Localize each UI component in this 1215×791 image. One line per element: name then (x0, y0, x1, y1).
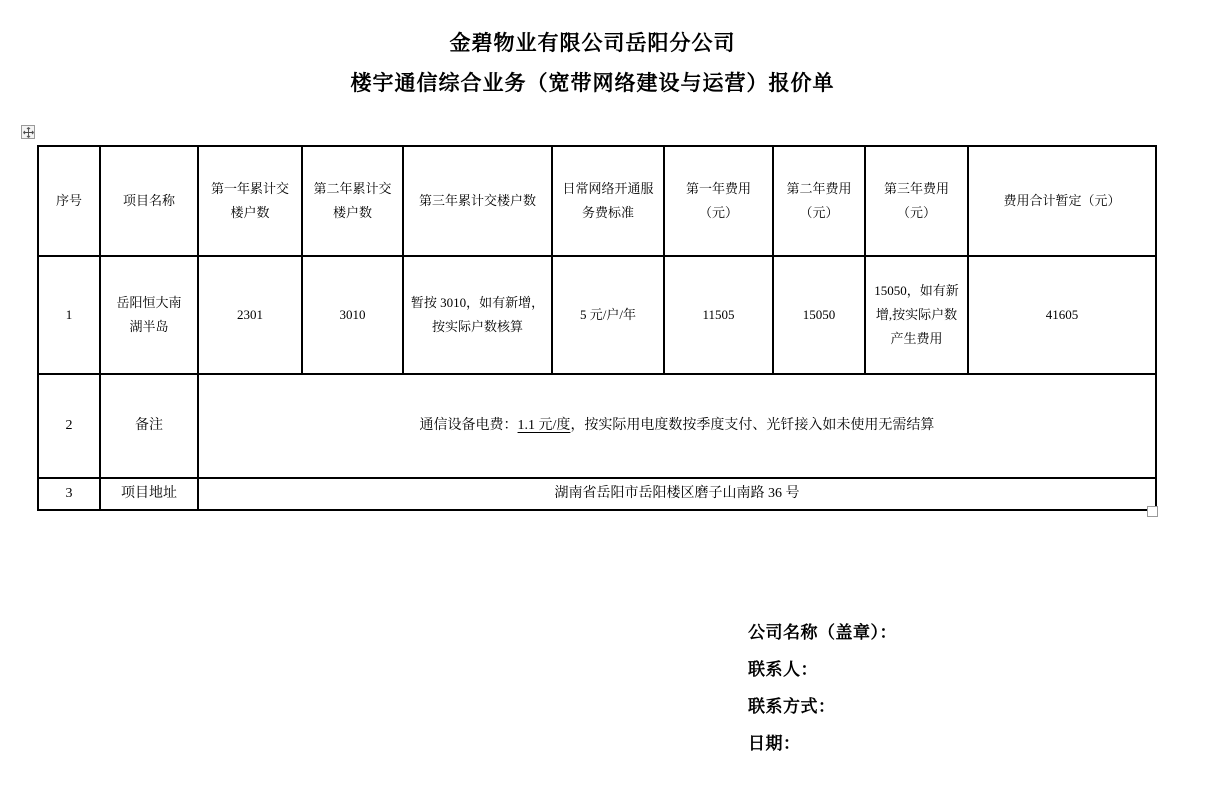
quotation-table: 序号 项目名称 第一年累计交 楼户数 第二年累计交 楼户数 第三年累计交楼户数 … (37, 145, 1157, 511)
cell-project-name[interactable]: 岳阳恒大南 湖半岛 (100, 256, 198, 374)
header-cell-project-name[interactable]: 项目名称 (100, 146, 198, 256)
table-row-remark: 2 备注 通信设备电费：1.1 元/度，按实际用电度数按季度支付、光钎接入如未使… (38, 374, 1156, 478)
header-cell-seq[interactable]: 序号 (38, 146, 100, 256)
cell-remark-label[interactable]: 备注 (100, 374, 198, 478)
remark-suffix: ，按实际用电度数按季度支付、光钎接入如未使用无需结算 (570, 418, 934, 433)
remark-electricity-rate: 1.1 元/度 (518, 418, 571, 433)
cell-year1-households[interactable]: 2301 (198, 256, 302, 374)
document-page: { "doc": { "title_line1": "金碧物业有限公司岳阳分公司… (0, 0, 1215, 791)
cell-remark-seq[interactable]: 2 (38, 374, 100, 478)
remark-prefix: 通信设备电费： (420, 418, 518, 433)
cell-year3-fee[interactable]: 15050，如有新 增,按实际户数 产生费用 (865, 256, 968, 374)
cell-year1-fee[interactable]: 11505 (664, 256, 773, 374)
header-cell-total-fee[interactable]: 费用合计暂定（元） (968, 146, 1156, 256)
cell-year2-fee[interactable]: 15050 (773, 256, 865, 374)
table-row-project: 1 岳阳恒大南 湖半岛 2301 3010 暂按 3010，如有新增， 按实际户… (38, 256, 1156, 374)
header-cell-year2-fee[interactable]: 第二年费用 （元） (773, 146, 865, 256)
cell-total-fee[interactable]: 41605 (968, 256, 1156, 374)
cell-address-label[interactable]: 项目地址 (100, 478, 198, 510)
cell-year2-households[interactable]: 3010 (302, 256, 403, 374)
contact-person-label: 联系人： (748, 659, 897, 680)
cell-service-fee-standard[interactable]: 5 元/户/年 (552, 256, 664, 374)
cell-seq[interactable]: 1 (38, 256, 100, 374)
doc-title-line1: 金碧物业有限公司岳阳分公司 (0, 27, 1185, 57)
table-move-handle[interactable] (21, 125, 35, 139)
table-row-address: 3 项目地址 湖南省岳阳市岳阳楼区磨子山南路 36 号 (38, 478, 1156, 510)
doc-title-line2: 楼宇通信综合业务（宽带网络建设与运营）报价单 (0, 67, 1185, 97)
header-cell-service-fee-standard[interactable]: 日常网络开通服 务费标准 (552, 146, 664, 256)
header-cell-year1-fee[interactable]: 第一年费用 （元） (664, 146, 773, 256)
contact-method-label: 联系方式： (748, 696, 897, 717)
cell-remark-content[interactable]: 通信设备电费：1.1 元/度，按实际用电度数按季度支付、光钎接入如未使用无需结算 (198, 374, 1156, 478)
header-cell-year2-households[interactable]: 第二年累计交 楼户数 (302, 146, 403, 256)
cell-year3-households[interactable]: 暂按 3010，如有新增， 按实际户数核算 (403, 256, 552, 374)
header-cell-year1-households[interactable]: 第一年累计交 楼户数 (198, 146, 302, 256)
table-resize-handle[interactable] (1147, 506, 1158, 517)
header-cell-year3-households[interactable]: 第三年累计交楼户数 (403, 146, 552, 256)
header-cell-year3-fee[interactable]: 第三年费用 （元） (865, 146, 968, 256)
move-cross-icon (23, 127, 34, 138)
cell-address-content[interactable]: 湖南省岳阳市岳阳楼区磨子山南路 36 号 (198, 478, 1156, 510)
header-row: 序号 项目名称 第一年累计交 楼户数 第二年累计交 楼户数 第三年累计交楼户数 … (38, 146, 1156, 256)
company-seal-label: 公司名称（盖章）： (748, 622, 897, 643)
cell-address-seq[interactable]: 3 (38, 478, 100, 510)
signature-block: 公司名称（盖章）： 联系人： 联系方式： 日期： (748, 622, 897, 770)
date-label: 日期： (748, 733, 897, 754)
